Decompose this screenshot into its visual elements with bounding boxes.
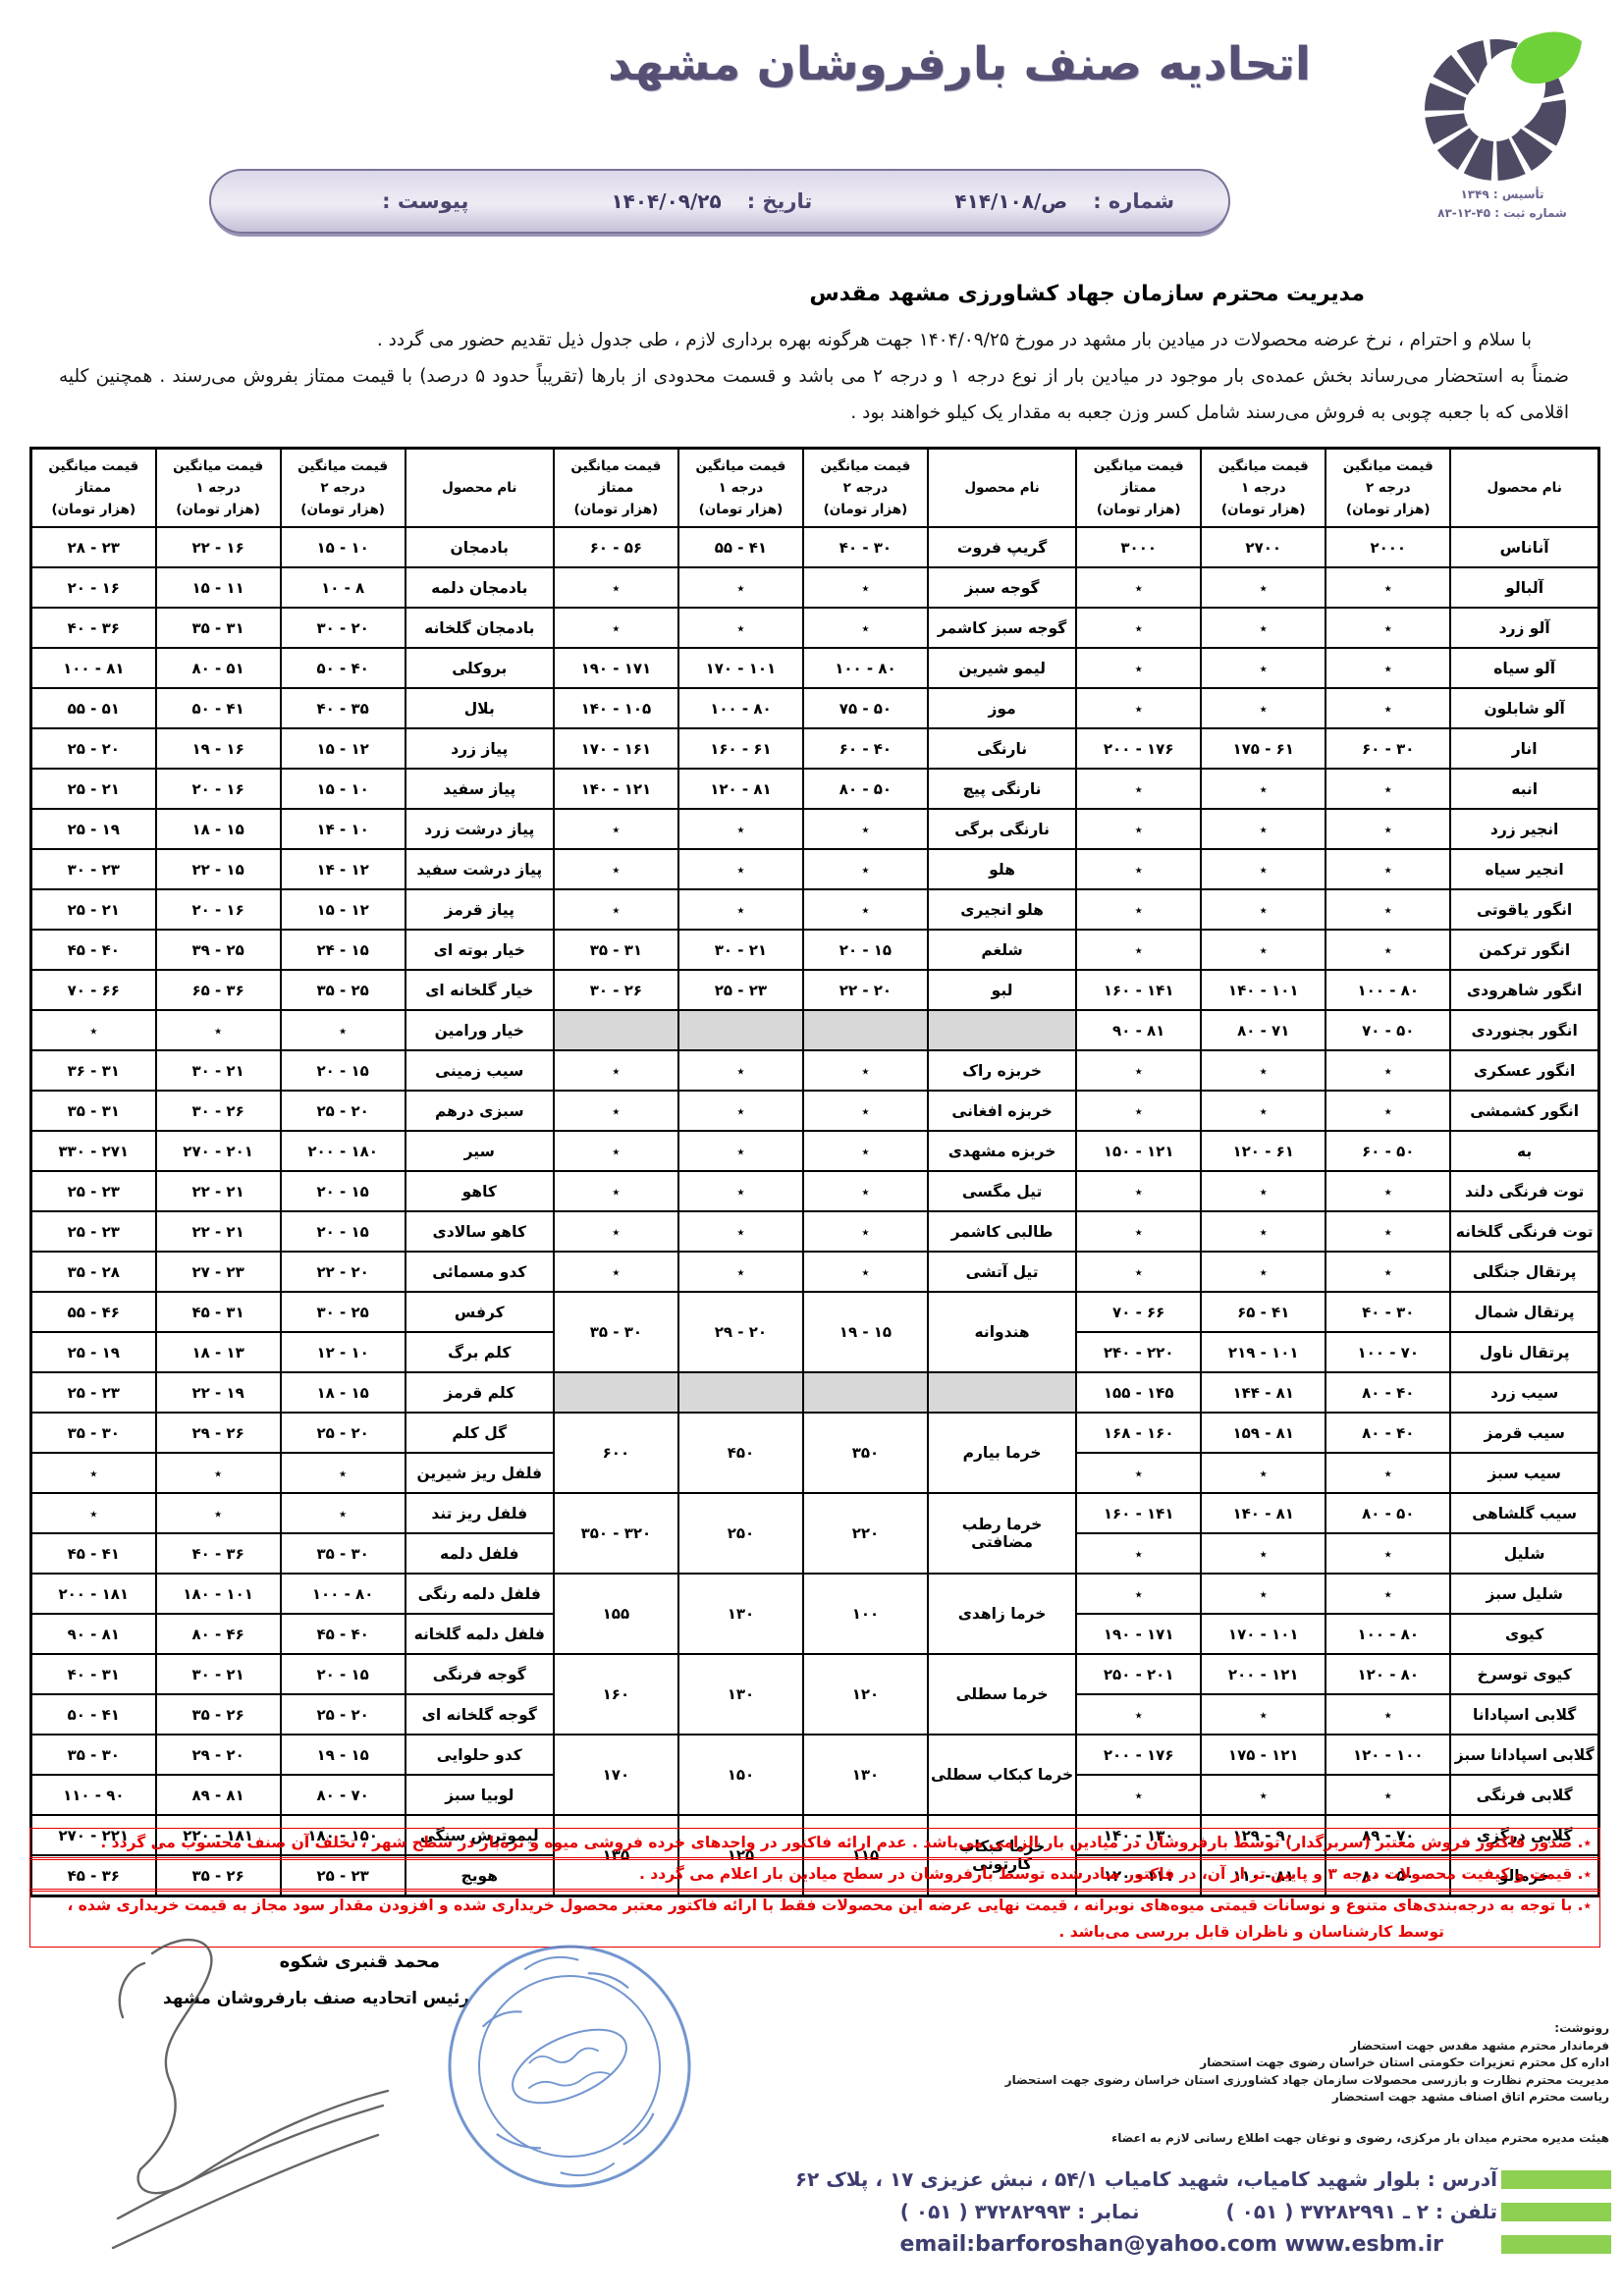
table-row: انگور ترکمن٭٭٭شلغم۲۰ - ۱۵۳۰ - ۲۱۳۵ - ۳۱خ… [31, 930, 1599, 970]
price-cell: ۲۷۰ - ۲۰۱ [156, 1131, 281, 1171]
price-cell: ۱۹ - ۱۵ [281, 1735, 406, 1775]
price-cell: ۲۰۰ - ۱۸۱ [31, 1574, 156, 1614]
price-cell: ٭ [1201, 1453, 1325, 1493]
price-cell: ۱۵۰ [678, 1735, 803, 1815]
product-name-cell: لوبیا سبز [406, 1775, 554, 1815]
price-cell: ٭ [678, 1211, 803, 1252]
founded-text: تأسیس : ۱۳۴۹ [1399, 187, 1605, 203]
price-cell: ۱۷۵ - ۶۱ [1201, 728, 1325, 769]
price-cell: ۲۵ - ۱۹ [31, 1332, 156, 1372]
price-cell: ٭ [156, 1453, 281, 1493]
price-cell: ٭ [1325, 769, 1450, 809]
product-name-cell: پیاز قرمز [406, 889, 554, 930]
product-name-cell: آلبالو [1450, 567, 1598, 608]
price-cell: ۱۹۰ - ۱۷۱ [554, 648, 678, 688]
fruit-logo-icon [1409, 26, 1596, 181]
product-name-cell: انجیر سیاه [1450, 849, 1598, 889]
price-cell: ٭ [1076, 889, 1201, 930]
price-cell: ۱۶۰ - ۶۱ [678, 728, 803, 769]
price-cell: ٭ [1076, 688, 1201, 728]
product-name-cell: کلم برگ [406, 1332, 554, 1372]
number-value: ۴۱۴/ص/۱۰۸ [954, 189, 1067, 213]
price-cell: ۱۵۵ - ۱۴۵ [1076, 1372, 1201, 1413]
price-cell: ۲۵ - ۱۹ [31, 809, 156, 849]
price-cell: ٭ [1201, 889, 1325, 930]
product-name-cell: کیوی توسرخ [1450, 1654, 1598, 1694]
price-cell: ٭ [554, 1252, 678, 1292]
price-cell: ۲۲ - ۲۱ [156, 1211, 281, 1252]
product-name-cell: گلابی اسپادانا سبز [1450, 1735, 1598, 1775]
product-name-cell: نارنگی پیچ [928, 769, 1076, 809]
price-cell: ۲۲ - ۱۵ [156, 849, 281, 889]
product-name-cell: گلابی فرنگی [1450, 1775, 1598, 1815]
price-cell [803, 1010, 928, 1050]
price-cell: ٭ [1076, 809, 1201, 849]
price-cell: ۳۰ - ۲۳ [31, 849, 156, 889]
table-row: انگور عسکری٭٭٭خربزه راک٭٭٭سیب زمینی۲۰ - … [31, 1050, 1599, 1091]
price-cell: ٭ [1076, 1050, 1201, 1091]
price-cell: ٭ [1076, 769, 1201, 809]
table-row: سیب زرد۸۰ - ۴۰۱۴۴ - ۸۱۱۵۵ - ۱۴۵کلم قرمز۱… [31, 1372, 1599, 1413]
price-cell: ۱۰۰ - ۷۰ [1325, 1332, 1450, 1372]
price-cell: ٭ [156, 1493, 281, 1533]
union-logo: تأسیس : ۱۳۴۹ شماره ثبت : ۴۵-۱۲-۸۳ [1399, 26, 1605, 222]
price-cell: ۱۳۰ [803, 1735, 928, 1815]
price-cell: ۱۰۰ - ۸۰ [803, 648, 928, 688]
price-cell: ۱۰۰ [803, 1574, 928, 1654]
price-cell: ۲۵۰ [678, 1493, 803, 1574]
product-name-cell: آناناس [1450, 527, 1598, 567]
price-cell: ٭ [678, 809, 803, 849]
price-cell: ۱۲۰ - ۶۱ [1201, 1131, 1325, 1171]
product-name-cell: انگور یاقوتی [1450, 889, 1598, 930]
price-cell: ٭ [1325, 889, 1450, 930]
price-cell: ۴۵۰ [678, 1413, 803, 1493]
email-text: email:barforoshan@yahoo.com [900, 2232, 1277, 2257]
price-cell: ٭ [1325, 608, 1450, 648]
product-name-cell: فلفل دلمه [406, 1533, 554, 1574]
product-name-cell: سیب سبز [1450, 1453, 1598, 1493]
table-row: پرتقال جنگلی٭٭٭تیل آتشی٭٭٭کدو مسمائی۲۲ -… [31, 1252, 1599, 1292]
price-cell: ۲۵ - ۲۱ [31, 889, 156, 930]
col-header-price: قیمت میانگیندرجه ۱(هزار تومان) [678, 449, 803, 528]
price-cell: ٭ [1201, 1775, 1325, 1815]
product-name-cell: بلال [406, 688, 554, 728]
price-cell: ۳۰ - ۲۶ [554, 970, 678, 1010]
table-row: آناناس۲۰۰۰۲۷۰۰۳۰۰۰گریپ فروت۴۰ - ۳۰۵۵ - ۴… [31, 527, 1599, 567]
price-cell: ٭ [803, 1091, 928, 1131]
price-cell: ٭ [803, 849, 928, 889]
price-cell: ٭ [554, 849, 678, 889]
price-cell: ٭ [1076, 1091, 1201, 1131]
product-name-cell: تیل مگسی [928, 1171, 1076, 1211]
intro-paragraph-1: با سلام و احترام ، نرخ عرضه محصولات در م… [59, 322, 1569, 358]
price-cell: ۱۲۰ [803, 1654, 928, 1735]
price-cell [554, 1010, 678, 1050]
product-name-cell: انگور عسکری [1450, 1050, 1598, 1091]
price-cell: ٭ [1076, 567, 1201, 608]
product-name-cell: خربزه راک [928, 1050, 1076, 1091]
footnote-3-line-1: ٭. با توجه به درجه‌بندی‌های متنوع و نوسا… [38, 1893, 1592, 1919]
table-row: آلو شابلون٭٭٭موز۷۵ - ۵۰۱۰۰ - ۸۰۱۴۰ - ۱۰۵… [31, 688, 1599, 728]
price-cell: ٭ [1076, 1574, 1201, 1614]
price-cell: ٭ [1201, 809, 1325, 849]
product-name-cell: نارنگی برگی [928, 809, 1076, 849]
price-cell: ۴۵ - ۴۱ [31, 1533, 156, 1574]
price-cell: ۸۰ - ۷۱ [1201, 1010, 1325, 1050]
price-cell: ۱۰۰ - ۸۰ [1325, 970, 1450, 1010]
table-row: انگور بجنوردی۷۰ - ۵۰۸۰ - ۷۱۹۰ - ۸۱خیار و… [31, 1010, 1599, 1050]
price-cell: ۱۶۰ - ۱۴۱ [1076, 1493, 1201, 1533]
fax-text: نمابر : ۳۷۲۸۲۹۹۳ ( ۰۵۱ ) [900, 2200, 1140, 2223]
table-row: آلو سیاه٭٭٭لیمو شیرین۱۰۰ - ۸۰۱۷۰ - ۱۰۱۱۹… [31, 648, 1599, 688]
price-cell: ۱۳۰ [678, 1654, 803, 1735]
price-cell: ۱۸ - ۱۵ [281, 1372, 406, 1413]
product-name-cell: موز [928, 688, 1076, 728]
price-cell: ۸۰ - ۵۰ [803, 769, 928, 809]
price-cell: ۸۰ - ۴۰ [1325, 1372, 1450, 1413]
web-email-text: email:barforoshan@yahoo.com www.esbm.ir [900, 2232, 1497, 2257]
price-cell: ۲۰۰ - ۱۷۶ [1076, 728, 1201, 769]
letter-heading: مدیریت محترم سازمان جهاد کشاورزی مشهد مق… [809, 282, 1365, 306]
price-cell: ۱۸۰ - ۱۰۱ [156, 1574, 281, 1614]
table-row: گلابی اسپادانا سبز۱۲۰ - ۱۰۰۱۷۵ - ۱۲۱۲۰۰ … [31, 1735, 1599, 1775]
green-bar-icon [1501, 2170, 1611, 2189]
product-name-cell: کدو مسمائی [406, 1252, 554, 1292]
address-text: آدرس : بلوار شهید کامیاب، شهید کامیاب ۵۴… [795, 2167, 1497, 2191]
price-cell: ۴۵ - ۴۰ [31, 930, 156, 970]
product-name-cell: فلفل دلمه گلخانه [406, 1614, 554, 1654]
price-cell: ۲۰ - ۱۵ [281, 1211, 406, 1252]
price-cell: ۱۲۰ - ۱۰۰ [1325, 1735, 1450, 1775]
price-cell: ٭ [1201, 648, 1325, 688]
product-name-cell: انگور بجنوردی [1450, 1010, 1598, 1050]
price-cell: ۲۹ - ۲۰ [156, 1735, 281, 1775]
header-row: نام محصولقیمت میانگیندرجه ۲(هزار تومان)ق… [31, 449, 1599, 528]
price-cell: ۱۵۹ - ۸۱ [1201, 1413, 1325, 1453]
product-name-cell: خیار گلخانه ای [406, 970, 554, 1010]
price-cell: ۲۹ - ۲۶ [156, 1413, 281, 1453]
price-cell: ٭ [554, 567, 678, 608]
price-cell: ۲۲ - ۲۰ [281, 1252, 406, 1292]
price-cell: ٭ [803, 567, 928, 608]
product-name-cell: بادمجان [406, 527, 554, 567]
col-header-price: قیمت میانگینممتاز(هزار تومان) [31, 449, 156, 528]
price-cell: ٭ [1201, 1694, 1325, 1735]
table-row: انجیر سیاه٭٭٭هلو٭٭٭پیاز درشت سفید۱۴ - ۱۲… [31, 849, 1599, 889]
price-cell: ٭ [554, 1091, 678, 1131]
table-row: توت فرنگی گلخانه٭٭٭طالبی کاشمر٭٭٭کاهو سا… [31, 1211, 1599, 1252]
product-name-cell: شلیل [1450, 1533, 1598, 1574]
product-name-cell: آلو زرد [1450, 608, 1598, 648]
price-cell: ۱۰۰ - ۸۰ [1325, 1614, 1450, 1654]
price-cell: ٭ [803, 1252, 928, 1292]
price-cell: ۱۲ - ۱۰ [281, 1332, 406, 1372]
price-cell: ۲۲ - ۱۹ [156, 1372, 281, 1413]
price-cell: ٭ [31, 1493, 156, 1533]
price-cell: ۷۰ - ۶۶ [31, 970, 156, 1010]
price-cell: ٭ [803, 1131, 928, 1171]
price-cell: ٭ [1325, 1211, 1450, 1252]
product-name-cell: انگور ترکمن [1450, 930, 1598, 970]
col-header-price: قیمت میانگیندرجه ۲(هزار تومان) [803, 449, 928, 528]
product-name-cell: کلم قرمز [406, 1372, 554, 1413]
price-cell: ۱۴ - ۱۰ [281, 809, 406, 849]
price-cell: ۳۵ - ۲۸ [31, 1252, 156, 1292]
product-name-cell: پرتقال شمال [1450, 1292, 1598, 1332]
price-cell: ۵۰ - ۴۱ [31, 1694, 156, 1735]
price-cell: ۳۵ - ۳۰ [281, 1533, 406, 1574]
green-bar-icon [1501, 2235, 1611, 2254]
price-cell: ۲۵ - ۲۰ [31, 728, 156, 769]
product-name-cell: گل کلم [406, 1413, 554, 1453]
price-cell: ۳۶ - ۳۱ [31, 1050, 156, 1091]
price-cell: ٭ [1076, 1694, 1201, 1735]
product-name-cell: کدو حلوایی [406, 1735, 554, 1775]
price-cell: ٭ [1325, 567, 1450, 608]
price-cell: ۱۹ - ۱۶ [156, 728, 281, 769]
product-name-cell: خربزه افغانی [928, 1091, 1076, 1131]
product-name-cell: گوجه سبز [928, 567, 1076, 608]
table-row: انبه٭٭٭نارنگی پیچ۸۰ - ۵۰۱۲۰ - ۸۱۱۴۰ - ۱۲… [31, 769, 1599, 809]
product-name-cell: پیاز درشت سفید [406, 849, 554, 889]
col-header-price: قیمت میانگیندرجه ۱(هزار تومان) [156, 449, 281, 528]
price-cell: ۸۹ - ۸۱ [156, 1775, 281, 1815]
price-cell: ٭ [1325, 1453, 1450, 1493]
product-name-cell: گلابی اسپادانا [1450, 1694, 1598, 1735]
price-cell: ۱۷۰ - ۱۰۱ [1201, 1614, 1325, 1654]
price-cell: ۳۵ - ۲۵ [281, 970, 406, 1010]
price-cell: ٭ [1325, 648, 1450, 688]
product-name-cell: خیار بوته ای [406, 930, 554, 970]
price-cell: ۷۰ - ۶۶ [1076, 1292, 1201, 1332]
cc-item: فرماندار محترم مشهد مقدس جهت استحضار [1005, 2038, 1609, 2056]
price-cell: ٭ [554, 1050, 678, 1091]
price-cell: ٭ [678, 889, 803, 930]
price-cell: ۸۰ - ۴۶ [156, 1614, 281, 1654]
price-cell: ٭ [554, 1171, 678, 1211]
price-cell: ٭ [678, 1131, 803, 1171]
product-name-cell: فلفل دلمه رنگی [406, 1574, 554, 1614]
price-cell: ٭ [1325, 1252, 1450, 1292]
signature-icon [93, 1924, 447, 2258]
cc-item: مدیریت محترم نظارت و بازرسی محصولات سازم… [1005, 2072, 1609, 2090]
price-cell: ۲۲ - ۲۱ [156, 1171, 281, 1211]
col-header-price: قیمت میانگینممتاز(هزار تومان) [1076, 449, 1201, 528]
product-name-cell: کاهو سالادی [406, 1211, 554, 1252]
price-cell: ٭ [1201, 1252, 1325, 1292]
price-cell: ۳۰۰۰ [1076, 527, 1201, 567]
product-name-cell: گوجه سبز کاشمر [928, 608, 1076, 648]
price-cell: ٭ [678, 849, 803, 889]
price-cell: ۳۰ - ۲۶ [156, 1091, 281, 1131]
price-cell: ٭ [1076, 608, 1201, 648]
product-name-cell: خرما رطب مضافتی [928, 1493, 1076, 1574]
price-cell: ۱۵۵ [554, 1574, 678, 1654]
product-name-cell: هلو [928, 849, 1076, 889]
price-cell: ۴۰ - ۳۰ [803, 527, 928, 567]
price-cell: ۲۹ - ۲۰ [678, 1292, 803, 1372]
price-cell: ٭ [678, 1091, 803, 1131]
product-name-cell: سیب قرمز [1450, 1413, 1598, 1453]
price-cell: ۲۲ - ۱۶ [156, 527, 281, 567]
price-cell: ٭ [1201, 1533, 1325, 1574]
price-cell: ۱۵۰ - ۱۲۱ [1076, 1131, 1201, 1171]
table-row: شلیل سبز٭٭٭خرما زاهدی۱۰۰۱۳۰۱۵۵فلفل دلمه … [31, 1574, 1599, 1614]
price-cell: ۱۲۰ - ۸۱ [678, 769, 803, 809]
table-row: انجیر زرد٭٭٭نارنگی برگی٭٭٭پیاز درشت زرد۱… [31, 809, 1599, 849]
product-name-cell: به [1450, 1131, 1598, 1171]
price-cell: ٭ [554, 809, 678, 849]
product-name-cell: گوجه گلخانه ای [406, 1694, 554, 1735]
price-cell: ۱۷۵ - ۱۲۱ [1201, 1735, 1325, 1775]
product-name-cell: خیار ورامین [406, 1010, 554, 1050]
price-cell: ۴۰ - ۳۰ [1325, 1292, 1450, 1332]
product-name-cell: انجیر زرد [1450, 809, 1598, 849]
product-name-cell: هندوانه [928, 1292, 1076, 1372]
price-cell: ٭ [31, 1010, 156, 1050]
intro-paragraph-2: ضمناً به استحضار می‌رساند بخش عمده‌ی بار… [59, 358, 1569, 431]
price-cell: ۲۵ - ۲۰ [281, 1413, 406, 1453]
table-row: توت فرنگی دلند٭٭٭تیل مگسی٭٭٭کاهو۲۰ - ۱۵۲… [31, 1171, 1599, 1211]
price-cell: ۵۵ - ۴۶ [31, 1292, 156, 1332]
price-cell: ۶۰ - ۴۰ [803, 728, 928, 769]
product-name-cell: انگور شاهرودی [1450, 970, 1598, 1010]
product-name-cell: سیب گلشاهی [1450, 1493, 1598, 1533]
price-cell: ۱۵ - ۱۰ [281, 769, 406, 809]
product-name-cell: آلو شابلون [1450, 688, 1598, 728]
product-name-cell: گوجه فرنگی [406, 1654, 554, 1694]
product-name-cell: بادمجان دلمه [406, 567, 554, 608]
price-cell: ٭ [1076, 1171, 1201, 1211]
price-cell: ۱۰ - ۸ [281, 567, 406, 608]
price-cell: ۱۸ - ۱۳ [156, 1332, 281, 1372]
price-cell: ٭ [1076, 930, 1201, 970]
price-cell: ۳۰ - ۲۱ [678, 930, 803, 970]
price-cell: ۴۰ - ۳۶ [31, 608, 156, 648]
footnote-1: ٭. صدور فاکتور فروش معتبر (سربرگدار) توس… [29, 1828, 1600, 1858]
price-table-container: نام محصولقیمت میانگیندرجه ۲(هزار تومان)ق… [29, 447, 1600, 1897]
price-cell: ۲۰۰ - ۱۲۱ [1201, 1654, 1325, 1694]
product-name-cell: انبه [1450, 769, 1598, 809]
price-cell: ۱۷۰ - ۱۶۱ [554, 728, 678, 769]
price-cell: ٭ [1325, 1775, 1450, 1815]
price-cell: ۳۵۰ - ۳۲۰ [554, 1493, 678, 1574]
product-name-cell: لیمو شیرین [928, 648, 1076, 688]
price-cell: ٭ [1076, 1453, 1201, 1493]
price-cell [554, 1372, 678, 1413]
price-cell: ٭ [1076, 1775, 1201, 1815]
price-cell: ۳۵ - ۳۱ [31, 1091, 156, 1131]
price-cell: ٭ [678, 1252, 803, 1292]
product-name-cell: کیوی [1450, 1614, 1598, 1654]
price-cell: ۱۹۰ - ۱۷۱ [1076, 1614, 1201, 1654]
product-name-cell: فلفل ریز شیرین [406, 1453, 554, 1493]
registration-number: شماره ثبت : ۴۵-۱۲-۸۳ [1399, 205, 1605, 222]
product-name-cell: پیاز زرد [406, 728, 554, 769]
table-row: سیب گلشاهی۸۰ - ۵۰۱۴۰ - ۸۱۱۶۰ - ۱۴۱خرما ر… [31, 1493, 1599, 1533]
price-cell: ۷۰ - ۵۰ [1325, 1010, 1450, 1050]
price-cell: ۴۰ - ۳۶ [156, 1533, 281, 1574]
price-cell: ۳۰ - ۲۰ [281, 608, 406, 648]
product-name-cell: پرتقال ناول [1450, 1332, 1598, 1372]
price-cell: ٭ [1201, 1574, 1325, 1614]
price-cell: ۱۳۰ [678, 1574, 803, 1654]
product-name-cell: آلو سیاه [1450, 648, 1598, 688]
price-cell: ۲۰۰۰ [1325, 527, 1450, 567]
price-cell: ٭ [803, 1171, 928, 1211]
price-cell: ٭ [803, 1211, 928, 1252]
price-cell: ٭ [281, 1010, 406, 1050]
price-cell: ۳۵ - ۳۰ [31, 1735, 156, 1775]
product-name-cell: فلفل ریز تند [406, 1493, 554, 1533]
price-cell: ۲۰۰ - ۱۷۶ [1076, 1735, 1201, 1775]
table-row: پرتقال شمال۴۰ - ۳۰۶۵ - ۴۱۷۰ - ۶۶هندوانه۱… [31, 1292, 1599, 1332]
website-text: www.esbm.ir [1285, 2232, 1443, 2257]
product-name-cell: سیب زمینی [406, 1050, 554, 1091]
product-name-cell: لبو [928, 970, 1076, 1010]
footnote-2: ٭. قیمت و کیفیت محصولات درجه ۳ و پایین ت… [29, 1859, 1600, 1890]
product-name-cell: شلغم [928, 930, 1076, 970]
price-cell: ۱۴۰ - ۱۰۵ [554, 688, 678, 728]
price-cell: ۲۴ - ۱۵ [281, 930, 406, 970]
product-name-cell: کاهو [406, 1171, 554, 1211]
price-cell: ۱۷۰ [554, 1735, 678, 1815]
cc-item: ریاست محترم اتاق اصناف مشهد جهت استحضار [1005, 2089, 1609, 2107]
price-cell: ٭ [803, 1050, 928, 1091]
table-row: انار۶۰ - ۳۰۱۷۵ - ۶۱۲۰۰ - ۱۷۶نارنگی۶۰ - ۴… [31, 728, 1599, 769]
price-cell: ۳۵ - ۲۶ [156, 1694, 281, 1735]
price-cell: ۱۴ - ۱۲ [281, 849, 406, 889]
price-cell: ٭ [1325, 1694, 1450, 1735]
price-cell: ۱۸ - ۱۵ [156, 809, 281, 849]
price-cell: ۴۰ - ۳۵ [281, 688, 406, 728]
price-cell: ۱۵ - ۱۲ [281, 728, 406, 769]
price-cell: ۳۵۰ [803, 1413, 928, 1493]
col-header-product: نام محصول [928, 449, 1076, 528]
price-cell: ۳۰ - ۲۵ [281, 1292, 406, 1332]
product-name-cell [928, 1010, 1076, 1050]
cc-list: رونوشت: فرماندار محترم مشهد مقدس جهت است… [1005, 2020, 1609, 2147]
price-cell: ٭ [281, 1493, 406, 1533]
price-cell: ٭ [1201, 567, 1325, 608]
price-cell: ۲۵ - ۲۰ [281, 1091, 406, 1131]
product-name-cell: خرما بیارم [928, 1413, 1076, 1493]
web-line: email:barforoshan@yahoo.com www.esbm.ir [795, 2232, 1611, 2257]
price-cell: ۱۱۰ - ۹۰ [31, 1775, 156, 1815]
date-label: تاریخ : [747, 189, 813, 213]
price-cell: ۱۵ - ۱۲ [281, 889, 406, 930]
product-name-cell: طالبی کاشمر [928, 1211, 1076, 1252]
price-cell: ٭ [1325, 849, 1450, 889]
product-name-cell: بروکلی [406, 648, 554, 688]
cc-label: رونوشت: [1005, 2020, 1609, 2038]
price-cell: ٭ [1325, 1091, 1450, 1131]
price-cell: ٭ [1201, 930, 1325, 970]
price-cell: ٭ [31, 1453, 156, 1493]
phone-line: تلفن : ۲ ـ ۳۷۲۸۲۹۹۱ ( ۰۵۱ ) نمابر : ۳۷۲۸… [795, 2200, 1611, 2223]
price-cell: ٭ [1325, 1533, 1450, 1574]
price-cell: ۲۵ - ۲۱ [31, 769, 156, 809]
price-cell: ٭ [803, 809, 928, 849]
price-cell: ٭ [156, 1010, 281, 1050]
price-cell: ۲۰ - ۱۵ [803, 930, 928, 970]
price-cell: ۱۵ - ۱۰ [281, 527, 406, 567]
price-cell [678, 1372, 803, 1413]
price-cell: ۱۴۰ - ۱۰۱ [1201, 970, 1325, 1010]
price-cell: ۵۵ - ۵۱ [31, 688, 156, 728]
price-cell: ۸۰ - ۴۰ [1325, 1413, 1450, 1453]
